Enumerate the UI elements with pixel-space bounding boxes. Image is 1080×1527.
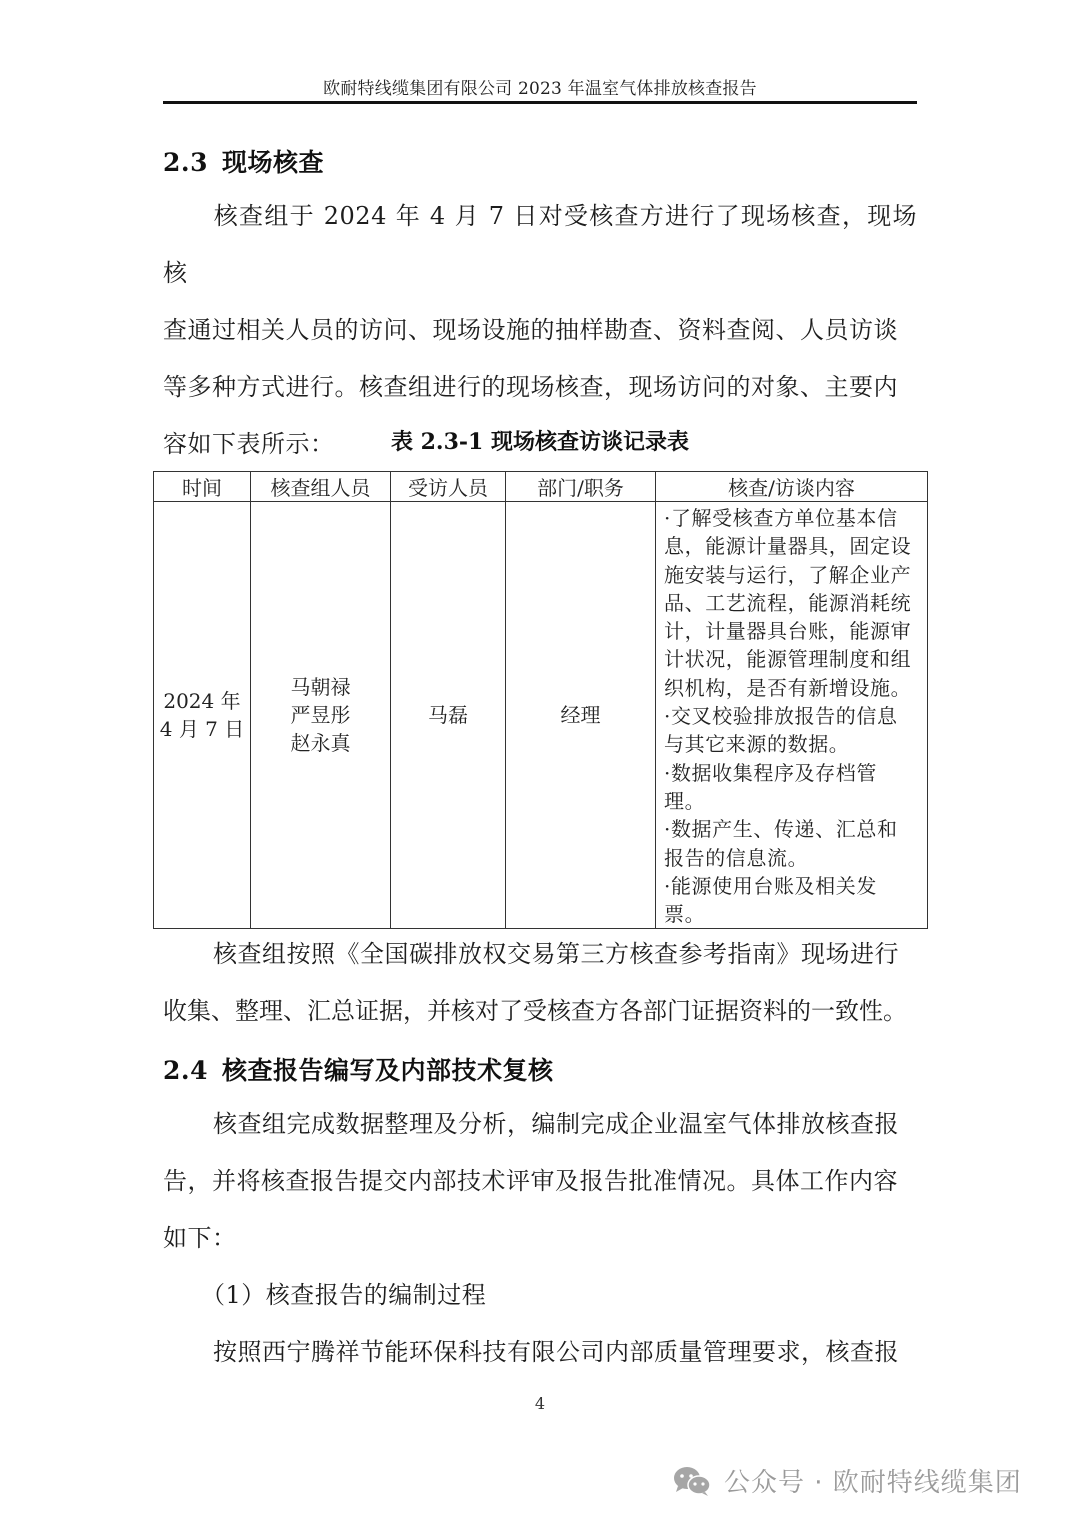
text-line: 等多种方式进行。核查组进行的现场核查，现场访问的对象、主要内 [163,359,917,416]
team-member: 马朝禄 [251,673,390,701]
watermark-text: 公众号 · 欧耐特线缆集团 [724,1462,1022,1499]
content-line: ·数据产生、传递、汇总和 [664,815,919,843]
content-line: 理。 [664,787,919,815]
content-line: 品、工艺流程，能源消耗统 [664,589,919,617]
cell-position: 经理 [506,502,656,929]
content-line: 息，能源计量器具，固定设 [664,532,919,560]
content-line: 计状况，能源管理制度和组 [664,645,919,673]
text-line: 查通过相关人员的访问、现场设施的抽样勘查、资料查阅、人员访谈 [163,302,917,359]
content-line: 织机构，是否有新增设施。 [664,674,919,702]
time-line: 4 月 7 日 [154,715,250,743]
interview-record-table: 时间 核查组人员 受访人员 部门/职务 核查/访谈内容 2024 年 4 月 7… [153,471,928,929]
cell-interviewee: 马磊 [391,502,506,929]
page-number: 4 [0,1394,1080,1413]
after-table-paragraph: 核查组按照《全国碳排放权交易第三方核查参考指南》现场进行 收集、整理、汇总证据，… [163,926,917,1040]
content-line: 计，计量器具台账，能源审 [664,617,919,645]
team-member: 赵永真 [251,729,390,757]
cell-content: ·了解受核查方单位基本信 息，能源计量器具，固定设 施安装与运行，了解企业产 品… [656,502,928,929]
time-line: 2024 年 [154,687,250,715]
section-heading-2-4: 2.4核查报告编写及内部技术复核 [163,1051,554,1087]
header-divider [163,101,917,104]
subheading: （1）核查报告的编制过程 [163,1267,917,1324]
content-line: 票。 [664,900,919,928]
content-line: ·能源使用台账及相关发 [664,872,919,900]
section-2-4-paragraph: 核查组完成数据整理及分析，编制完成企业温室气体排放核查报 告，并将核查报告提交内… [163,1096,917,1381]
section-title: 现场核查 [222,148,324,177]
section-number: 2.4 [163,1056,208,1085]
section-title: 核查报告编写及内部技术复核 [222,1056,554,1085]
content-line: 报告的信息流。 [664,844,919,872]
header-department-position: 部门/职务 [506,472,656,502]
text-line: 核查组按照《全国碳排放权交易第三方核查参考指南》现场进行 [163,926,917,983]
header-interviewee: 受访人员 [391,472,506,502]
text-line: 告，并将核查报告提交内部技术评审及报告批准情况。具体工作内容 [163,1153,917,1210]
content-line: ·交叉校验排放报告的信息 [664,702,919,730]
cell-team-members: 马朝禄 严昱彤 赵永真 [251,502,391,929]
content-line: 与其它来源的数据。 [664,730,919,758]
header-team-members: 核查组人员 [251,472,391,502]
text-line: 核查组完成数据整理及分析，编制完成企业温室气体排放核查报 [163,1096,917,1153]
table-row: 2024 年 4 月 7 日 马朝禄 严昱彤 赵永真 马磊 经理 ·了解受核查方… [154,502,928,929]
section-number: 2.3 [163,148,208,177]
wechat-watermark: 公众号 · 欧耐特线缆集团 [672,1462,1022,1499]
text-line: 核查组于 2024 年 4 月 7 日对受核查方进行了现场核查，现场核 [163,188,917,302]
team-member: 严昱彤 [251,701,390,729]
text-line: 如下： [163,1210,917,1267]
wechat-icon [672,1465,712,1497]
table-header-row: 时间 核查组人员 受访人员 部门/职务 核查/访谈内容 [154,472,928,502]
page-header-title: 欧耐特线缆集团有限公司 2023 年温室气体排放核查报告 [163,74,917,99]
text-line: 按照西宁腾祥节能环保科技有限公司内部质量管理要求，核查报 [163,1324,917,1381]
section-heading-2-3: 2.3现场核查 [163,143,324,179]
table-caption: 表 2.3-1 现场核查访谈记录表 [153,425,927,456]
cell-time: 2024 年 4 月 7 日 [154,502,251,929]
content-line: 施安装与运行，了解企业产 [664,561,919,589]
content-line: ·数据收集程序及存档管 [664,759,919,787]
text-line: 收集、整理、汇总证据，并核对了受核查方各部门证据资料的一致性。 [163,983,917,1040]
content-line: ·了解受核查方单位基本信 [664,504,919,532]
header-content: 核查/访谈内容 [656,472,928,502]
header-time: 时间 [154,472,251,502]
